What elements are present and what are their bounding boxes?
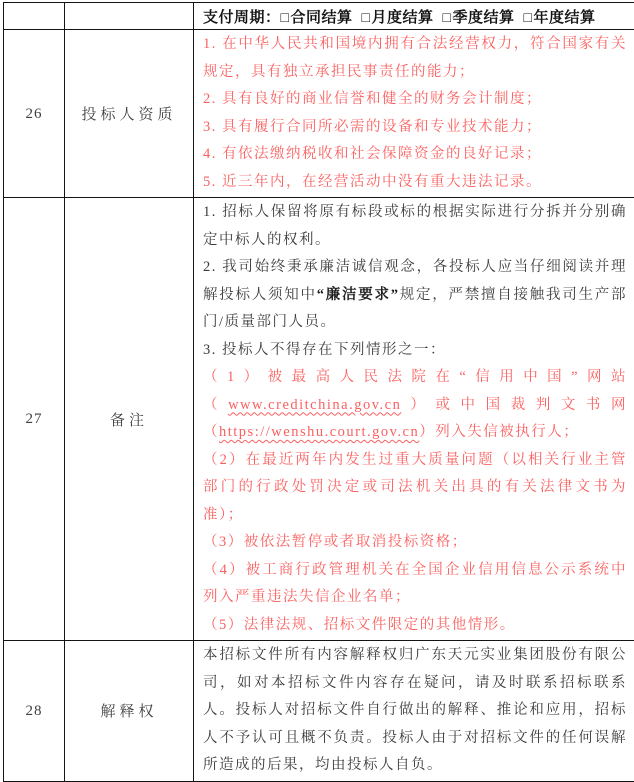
payment-cycle-cell: 支付周期：□合同结算□月度结算□季度结算□年度结算 [194,3,634,30]
checkbox-option-contract: □合同结算 [281,10,353,26]
empty-cell [4,3,65,30]
checkbox-icon: □ [442,11,451,26]
checkbox-option-label: 年度结算 [533,10,595,26]
prohibited-situation-item: （3）被依法暂停或者取消投标资格； [203,529,627,557]
situation-text: ）列入失信被执行人； [419,424,579,440]
prohibited-situation-item: （2）在最近两年内发生过重大质量问题（以相关行业主管部门的行政处罚决定或司法机关… [203,447,627,530]
row-number-text: 26 [26,106,43,122]
row-number-text: 27 [26,411,43,427]
empty-cell [65,3,194,30]
remark-item: 3. 投标人不得存在下列情形之一： [203,337,627,365]
tender-terms-table: 支付周期：□合同结算□月度结算□季度结算□年度结算 26 投标人资质 1. 在中… [3,2,634,782]
checkbox-icon: □ [281,11,290,26]
remarks-cell: 1. 招标人保留将原有标段或标的根据实际进行分拆并分别确定中标人的权利。 2. … [194,198,634,641]
checkbox-option-label: 月度结算 [371,10,433,26]
checkbox-option-quarterly: □季度结算 [442,10,514,26]
row-label: 备注 [65,198,194,641]
integrity-requirement-emphasis: “廉洁要求” [317,287,400,303]
remark-item: 1. 招标人保留将原有标段或标的根据实际进行分拆并分别确定中标人的权利。 [203,199,627,254]
row-label: 解释权 [65,641,194,782]
checkbox-option-yearly: □年度结算 [523,10,595,26]
interpretation-text: 本招标文件所有内容解释权归广东天元实业集团股份有限公司，如对本招标文件内容存在疑… [203,642,627,780]
payment-cycle-label: 支付周期： [203,10,281,26]
row-number-text: 28 [26,703,43,719]
checkbox-icon: □ [362,11,371,26]
table-row-27: 27 备注 1. 招标人保留将原有标段或标的根据实际进行分拆并分别确定中标人的权… [4,198,634,641]
qualification-item: 4. 有依法缴纳税收和社会保障资金的良好记录； [203,141,627,169]
creditchina-url-link[interactable]: www.creditchina.gov.cn [228,397,401,413]
payment-cycle-row: 支付周期：□合同结算□月度结算□季度结算□年度结算 [4,3,634,30]
checkbox-option-monthly: □月度结算 [362,10,434,26]
wenshu-court-url-link[interactable]: https://wenshu.court.gov.cn [219,424,419,440]
qualifications-cell: 1. 在中华人民共和国境内拥有合法经营权力，符合国家有关规定，具有独立承担民事责… [194,30,634,198]
checkbox-option-label: 季度结算 [452,10,514,26]
row-number: 28 [4,641,65,782]
checkbox-option-label: 合同结算 [290,10,352,26]
interpretation-cell: 本招标文件所有内容解释权归广东天元实业集团股份有限公司，如对本招标文件内容存在疑… [194,641,634,782]
row-number: 26 [4,30,65,198]
row-label-text: 解释权 [100,704,157,720]
qualification-item: 2. 具有良好的商业信誉和健全的财务会计制度； [203,86,627,114]
row-label-text: 备注 [110,413,148,429]
prohibited-situation-item: （1）被最高人民法院在“信用中国”网站（www.creditchina.gov.… [203,364,627,447]
row-label: 投标人资质 [65,30,194,198]
prohibited-situation-item: （4）被工商行政管理机关在全国企业信用信息公示系统中列入严重违法失信企业名单； [203,557,627,612]
checkbox-icon: □ [523,11,532,26]
table-row-26: 26 投标人资质 1. 在中华人民共和国境内拥有合法经营权力，符合国家有关规定，… [4,30,634,198]
table-row-28: 28 解释权 本招标文件所有内容解释权归广东天元实业集团股份有限公司，如对本招标… [4,641,634,782]
qualification-item: 3. 具有履行合同所必需的设备和专业技术能力； [203,114,627,142]
row-label-text: 投标人资质 [81,107,176,123]
prohibited-situation-item: （5）法律法规、招标文件限定的其他情形。 [203,612,627,640]
row-number: 27 [4,198,65,641]
remark-item-integrity: 2. 我司始终秉承廉洁诚信观念，各投标人应当仔细阅读并理解投标人须知中“廉洁要求… [203,254,627,337]
qualification-item: 5. 近三年内，在经营活动中没有重大违法记录。 [203,169,627,197]
qualification-item: 1. 在中华人民共和国境内拥有合法经营权力，符合国家有关规定，具有独立承担民事责… [203,31,627,86]
